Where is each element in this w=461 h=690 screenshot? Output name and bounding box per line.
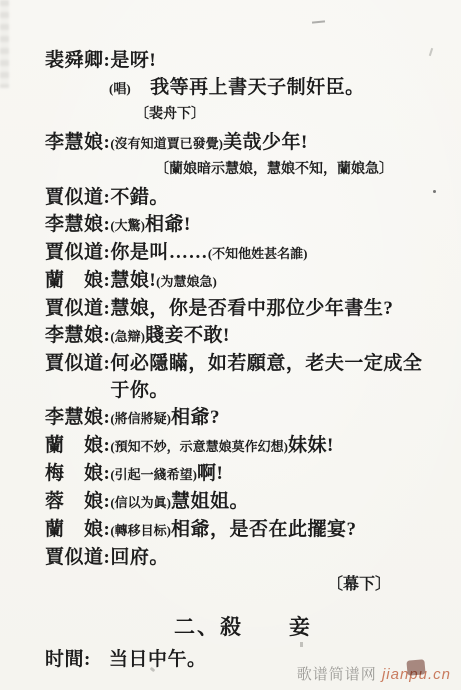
spoken-text: 相爺? <box>171 407 220 428</box>
speaker-name: 蘭 娘: <box>45 267 110 294</box>
spoken-text: 不錯。 <box>110 187 169 208</box>
line-text: (大驚)相爺! <box>110 211 441 239</box>
script-lines: 裴舜卿:是呀!(唱) 我等再上書天子制奸臣。〔裴舟下〕李慧娘:(沒有知道賈已發覺… <box>45 47 441 598</box>
speaker-name: 賈似道: <box>45 350 110 377</box>
speaker-name: 蘭 娘: <box>45 516 110 543</box>
dialogue-line: 蓉 娘:(信以为眞)慧姐姐。 <box>45 488 441 516</box>
stage-note: (沒有知道賈已發覺) <box>110 136 223 151</box>
speaker-name: 裴舜卿: <box>45 47 110 74</box>
spoken-text: 賤妾不敢! <box>145 325 230 346</box>
spoken-text: 美哉少年! <box>223 132 308 153</box>
stage-note: (不知他姓甚名誰) <box>208 246 308 261</box>
watermark-site-name: 歌谱简谱网 <box>297 666 377 683</box>
stage-direction: 〔裴舟下〕 <box>45 102 441 129</box>
line-text: (信以为眞)慧姐姐。 <box>110 488 441 516</box>
dialogue-line: 梅 娘:(引起一綫希望)啊! <box>45 460 441 488</box>
stage-note: (將信將疑) <box>110 411 171 426</box>
spoken-text: 相爺! <box>145 214 191 235</box>
speaker-name: 賈似道: <box>45 295 110 322</box>
dialogue-line: 李慧娘:(大驚)相爺! <box>45 211 441 239</box>
line-text: (引起一綫希望)啊! <box>110 460 441 488</box>
spoken-text: 我等再上書天子制奸臣。 <box>131 77 365 98</box>
line-text: 不錯。 <box>110 184 441 211</box>
line-text: (轉移目标)相爺，是否在此擺宴? <box>110 516 441 544</box>
spoken-text: 妹妹! <box>288 435 334 456</box>
speaker-name: 賈似道: <box>45 239 110 266</box>
line-text: 慧娘!(为慧娘急) <box>110 267 441 295</box>
spoken-text: 何必隱瞞，如若願意，老夫一定成全于你。 <box>110 353 422 401</box>
dialogue-line: 李慧娘:(急辯)賤妾不敢! <box>45 322 441 350</box>
spoken-text: 慧娘，你是否看中那位少年書生? <box>110 298 393 319</box>
line-text: (預知不妙，示意慧娘莫作幻想)妹妹! <box>110 432 441 460</box>
stage-note: (信以为眞) <box>110 495 171 510</box>
line-text: 回府。 <box>110 544 441 571</box>
stage-direction: 〔蘭娘暗示慧娘，慧娘不知，蘭娘急〕 <box>45 157 441 184</box>
speaker-name: 梅 娘: <box>45 460 110 487</box>
speaker-name: 李慧娘: <box>45 211 110 238</box>
speaker-name: 李慧娘: <box>45 404 110 431</box>
spoken-text: 慧姐姐。 <box>171 491 249 512</box>
dialogue-continuation-line: (唱) 我等再上書天子制奸臣。 <box>45 74 441 102</box>
spoken-text: 慧娘! <box>110 270 156 291</box>
line-text: 是呀! <box>110 47 441 74</box>
stage-note: (为慧娘急) <box>156 274 217 289</box>
curtain-direction: 〔幕下〕 <box>45 571 441 598</box>
watermark: 歌谱简谱网 jianpu.cn <box>297 663 451 684</box>
dialogue-line: 蘭 娘:(轉移目标)相爺，是否在此擺宴? <box>45 516 441 544</box>
stage-note: (唱) <box>109 81 131 96</box>
time-label: 时間: <box>45 646 109 673</box>
dialogue-line: 賈似道:何必隱瞞，如若願意，老夫一定成全于你。 <box>45 350 441 404</box>
spoken-text: 是呀! <box>110 50 156 71</box>
speaker-name: 賈似道: <box>45 184 110 211</box>
speaker-name: 李慧娘: <box>45 322 110 349</box>
line-text: (急辯)賤妾不敢! <box>110 322 441 350</box>
dialogue-line: 蘭 娘:慧娘!(为慧娘急) <box>45 267 441 295</box>
dialogue-line: 李慧娘:(沒有知道賈已發覺)美哉少年! <box>45 129 441 157</box>
dialogue-line: 賈似道:慧娘，你是否看中那位少年書生? <box>45 295 441 322</box>
line-text: 你是叫……(不知他姓甚名誰) <box>110 239 441 267</box>
spoken-text: 啊! <box>197 463 223 484</box>
stage-note: (大驚) <box>110 218 145 233</box>
stage-note: (引起一綫希望) <box>110 467 197 482</box>
speaker-name: 蓉 娘: <box>45 488 110 515</box>
line-text: (唱) 我等再上書天子制奸臣。 <box>109 74 441 102</box>
dialogue-line: 賈似道:回府。 <box>45 544 441 571</box>
spoken-text: 相爺，是否在此擺宴? <box>171 519 357 540</box>
line-text: 慧娘，你是否看中那位少年書生? <box>110 295 441 322</box>
dialogue-line: 蘭 娘:(預知不妙，示意慧娘莫作幻想)妹妹! <box>45 432 441 460</box>
scene-heading: 二、殺 妾 <box>45 612 441 642</box>
dialogue-line: 裴舜卿:是呀! <box>45 47 441 74</box>
dialogue-line: 賈似道:不錯。 <box>45 184 441 211</box>
script-page: 裴舜卿:是呀!(唱) 我等再上書天子制奸臣。〔裴舟下〕李慧娘:(沒有知道賈已發覺… <box>0 0 461 690</box>
dialogue-line: 李慧娘:(將信將疑)相爺? <box>45 404 441 432</box>
stage-note: (轉移目标) <box>110 523 171 538</box>
dialogue-line: 賈似道:你是叫……(不知他姓甚名誰) <box>45 239 441 267</box>
spoken-text: 你是叫…… <box>110 242 208 263</box>
line-text: 何必隱瞞，如若願意，老夫一定成全于你。 <box>110 350 441 404</box>
stage-note: (急辯) <box>110 329 145 344</box>
speaker-name: 賈似道: <box>45 544 110 571</box>
watermark-logo-icon <box>406 659 425 676</box>
line-text: (將信將疑)相爺? <box>110 404 441 432</box>
speaker-name: 蘭 娘: <box>45 432 110 459</box>
spoken-text: 回府。 <box>110 547 169 568</box>
stage-note: (預知不妙，示意慧娘莫作幻想) <box>110 439 288 454</box>
speaker-name: 李慧娘: <box>45 129 110 156</box>
line-text: (沒有知道賈已發覺)美哉少年! <box>110 129 441 157</box>
